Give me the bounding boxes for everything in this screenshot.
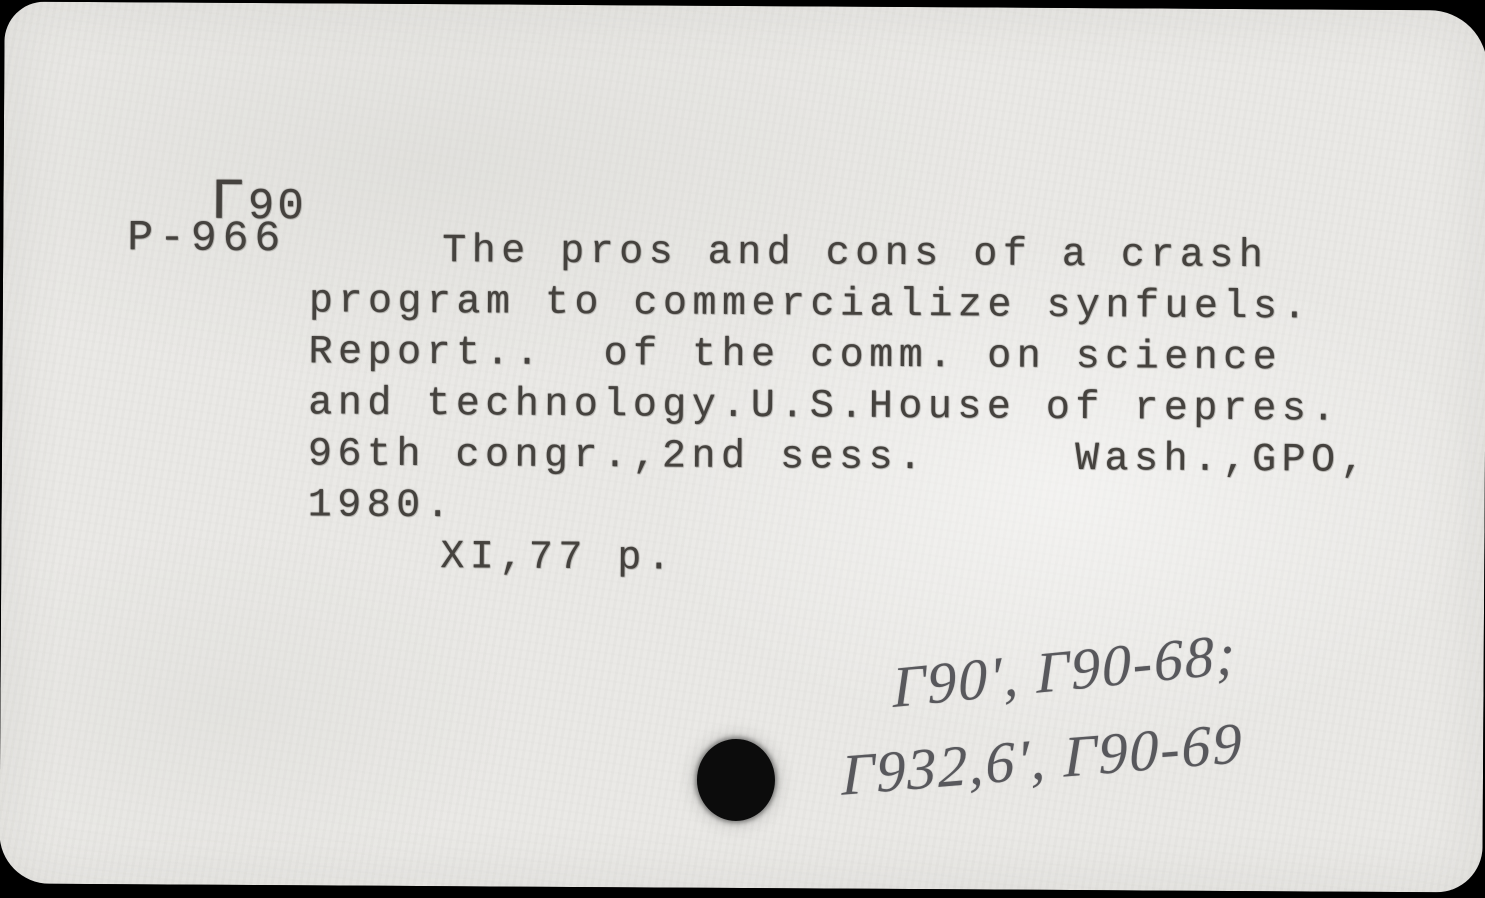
scanned-catalog-card-photo: Г90 P-966 The pros and cons of a crash p… bbox=[0, 0, 1485, 898]
entry-pagination: XI,77 p. bbox=[440, 538, 676, 579]
entry-title-line-1: The pros and cons of a crash bbox=[442, 232, 1268, 277]
handwritten-shelf-codes-line-1: Г90', Г90-68; bbox=[892, 625, 1238, 717]
hole-punch-dot bbox=[697, 739, 775, 821]
call-number-accession: P-966 bbox=[127, 216, 286, 260]
entry-title-line-2: program to commercialize synfuels. bbox=[309, 282, 1312, 328]
entry-body-line: and technology.U.S.House of repres. bbox=[308, 384, 1341, 430]
catalog-card: Г90 P-966 The pros and cons of a crash p… bbox=[0, 1, 1485, 892]
entry-report-line: Report.. of the comm. on science bbox=[308, 333, 1282, 379]
bibliographic-entry: The pros and cons of a crash program to … bbox=[4, 1, 62, 145]
entry-year-line: 1980. bbox=[308, 486, 456, 527]
entry-congress-line: 96th congr.,2nd sess. Wash.,GPO, bbox=[308, 435, 1370, 481]
handwritten-shelf-codes-line-2: Г932,6', Г90-69 bbox=[841, 714, 1244, 805]
